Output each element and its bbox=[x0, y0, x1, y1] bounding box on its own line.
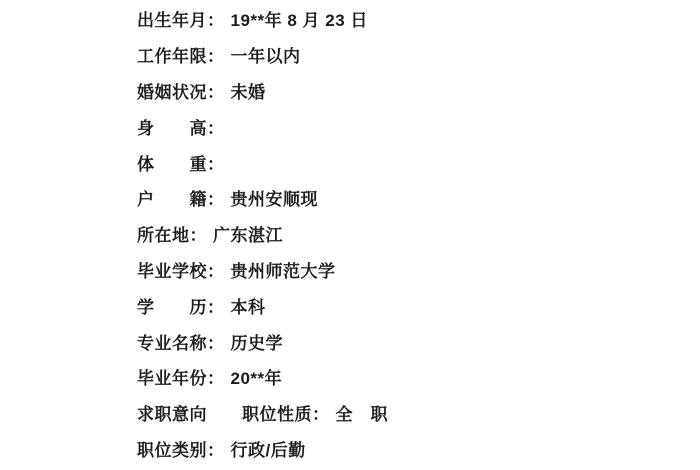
resume-row-graduation-year: 毕业年份： 20**年 bbox=[137, 359, 388, 395]
field-label: 婚姻状况： bbox=[137, 78, 225, 103]
field-label: 学 历： bbox=[137, 293, 225, 318]
field-label: 专业名称： bbox=[137, 329, 225, 354]
field-value: 一年以内 bbox=[231, 42, 301, 67]
field-label: 毕业年份： bbox=[137, 364, 225, 389]
field-label: 所在地： bbox=[137, 221, 207, 246]
resume-row-birth-date: 出生年月： 19**年 8 月 23 日 bbox=[137, 1, 388, 37]
resume-row-major-name: 专业名称： 历史学 bbox=[137, 323, 388, 359]
resume-row-height: 身 高： bbox=[137, 108, 388, 144]
field-value: 全 职 bbox=[336, 400, 389, 425]
field-label: 身 高： bbox=[137, 114, 225, 139]
resume-row-current-location: 所在地： 广东湛江 bbox=[137, 216, 388, 252]
resume-row-household-registration: 户 籍： 贵州安顺现 bbox=[137, 180, 388, 216]
field-value: 未婚 bbox=[231, 78, 266, 103]
field-value: 贵州师范大学 bbox=[231, 257, 336, 282]
resume-content: 出生年月： 19**年 8 月 23 日 工作年限： 一年以内 婚姻状况： 未婚… bbox=[137, 1, 388, 466]
resume-row-graduation-school: 毕业学校： 贵州师范大学 bbox=[137, 252, 388, 288]
resume-row-weight: 体 重： bbox=[137, 144, 388, 180]
field-label: 求职意向 职位性质： bbox=[137, 400, 330, 425]
field-value: 历史学 bbox=[231, 329, 284, 354]
resume-row-work-years: 工作年限： 一年以内 bbox=[137, 37, 388, 73]
field-label: 体 重： bbox=[137, 150, 225, 175]
field-label: 职位类别： bbox=[137, 436, 225, 461]
field-label: 毕业学校： bbox=[137, 257, 225, 282]
field-value: 广东湛江 bbox=[213, 221, 283, 246]
field-value: 贵州安顺现 bbox=[231, 185, 319, 210]
field-label: 出生年月： bbox=[137, 6, 225, 31]
field-value: 本科 bbox=[231, 293, 266, 318]
field-value: 行政/后勤 bbox=[231, 436, 306, 461]
resume-row-education-level: 学 历： 本科 bbox=[137, 287, 388, 323]
resume-row-job-intention-position-type: 求职意向 职位性质： 全 职 bbox=[137, 395, 388, 431]
document-page: 出生年月： 19**年 8 月 23 日 工作年限： 一年以内 婚姻状况： 未婚… bbox=[0, 0, 700, 470]
field-value: 20**年 bbox=[231, 364, 283, 389]
field-value: 19**年 8 月 23 日 bbox=[231, 6, 368, 31]
resume-row-position-category: 职位类别： 行政/后勤 bbox=[137, 431, 388, 467]
field-label: 工作年限： bbox=[137, 42, 225, 67]
resume-row-marital-status: 婚姻状况： 未婚 bbox=[137, 73, 388, 109]
field-label: 户 籍： bbox=[137, 185, 225, 210]
